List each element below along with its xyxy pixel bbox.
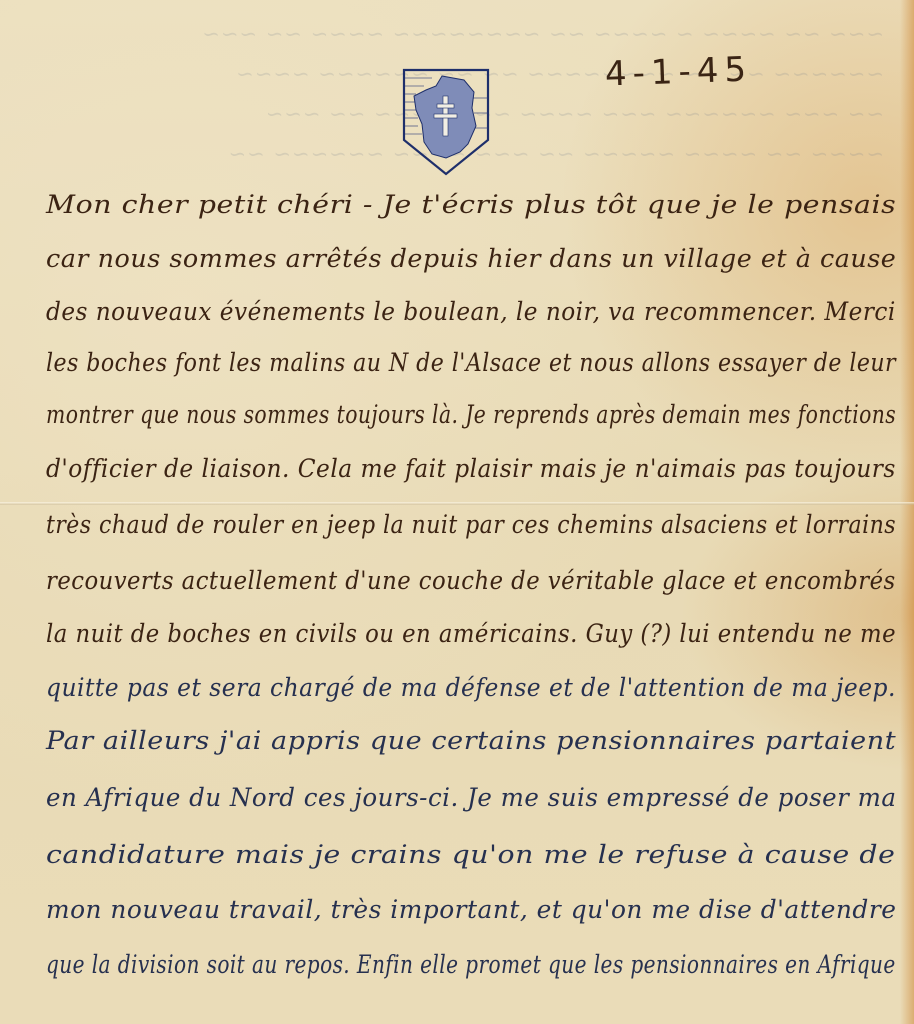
letter-line-14: mon nouveau travail, très important, et … bbox=[46, 895, 896, 924]
letter-line-15: que la division soit au repos. Enfin ell… bbox=[46, 950, 896, 979]
paper-fold-line bbox=[0, 502, 914, 505]
letter-line-6: d'officier de liaison. Cela me fait plai… bbox=[46, 454, 896, 483]
paper-stain-edge bbox=[900, 0, 914, 1024]
letter-page: ~~~ ~~ ~~~~ ~ ~~~~ ~~ ~~~~~~~~ ~~~~ ~~ ~… bbox=[0, 0, 914, 1024]
letter-line-5: montrer que nous sommes toujours là. Je … bbox=[46, 400, 896, 429]
letter-line-7: très chaud de rouler en jeep la nuit par… bbox=[46, 510, 896, 539]
letter-line-12: en Afrique du Nord ces jours-ci. Je me s… bbox=[46, 783, 896, 812]
letter-line-3: des nouveaux événements le boulean, le n… bbox=[46, 297, 896, 326]
bleed-through-text: ~~~ ~~ ~~~~ ~ ~~~~ ~~ ~~~~~~~~ ~~~~ ~~ ~… bbox=[40, 22, 884, 46]
letter-line-13: candidature mais je crains qu'on me le r… bbox=[46, 840, 895, 869]
letter-line-2: car nous sommes arrêtés depuis hier dans… bbox=[46, 244, 896, 273]
letter-line-9: la nuit de boches en civils ou en améric… bbox=[46, 619, 896, 648]
letter-line-10: quitte pas et sera chargé de ma défense … bbox=[46, 673, 896, 702]
letter-line-4: les boches font les malins au N de l'Als… bbox=[46, 348, 896, 377]
shield-france-cross-of-lorraine-icon bbox=[402, 68, 490, 176]
letter-line-8: recouverts actuellement d'une couche de … bbox=[46, 566, 896, 595]
letter-line-11: Par ailleurs j'ai appris que certains pe… bbox=[46, 726, 896, 755]
letter-date: 4-1-45 bbox=[604, 49, 752, 94]
letter-line-1: Mon cher petit chéri - Je t'écris plus t… bbox=[46, 190, 896, 219]
